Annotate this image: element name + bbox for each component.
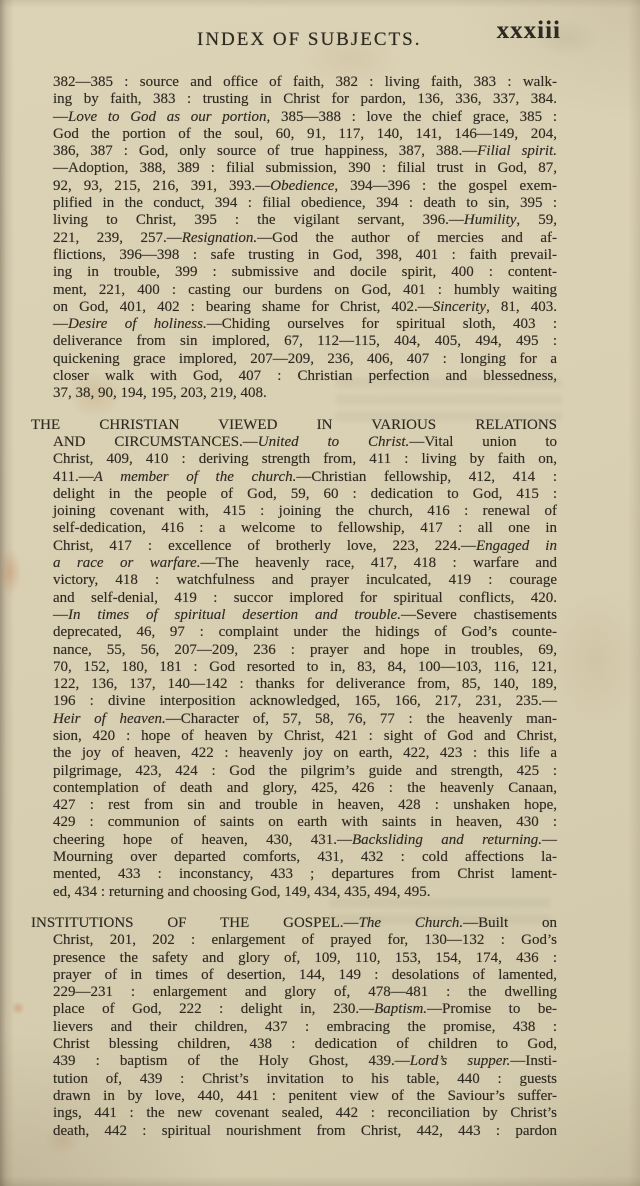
text-line: flictions, 396—398 : safe trusting in Go… <box>53 247 557 264</box>
text-line: sion, 420 : hope of heaven by Christ, 42… <box>53 728 557 745</box>
text-line: 37, 38, 90, 194, 195, 203, 219, 408. <box>53 385 557 402</box>
italic-subject-heading: Love to God as our portion <box>68 109 267 125</box>
italic-subject-heading: Baptism. <box>374 1001 427 1017</box>
text-line: plified in the conduct, 394 : filial obe… <box>53 195 557 212</box>
text-line: presence the safety and glory of, 109, 1… <box>53 950 557 967</box>
italic-subject-heading: Lord’s supper. <box>410 1053 511 1069</box>
text-line: 229—231 : enlargement and glory of, 478—… <box>53 984 557 1001</box>
italic-subject-heading: Sincerity <box>433 299 486 315</box>
text-line: —Love to God as our portion, 385—388 : l… <box>53 109 557 126</box>
text-line: the joy of heaven, 422 : heavenly joy on… <box>53 745 557 762</box>
text-line: ed, 434 : returning and choosing God, 14… <box>53 884 557 901</box>
text-line: 221, 239, 257.—Resignation.—God the auth… <box>53 230 557 247</box>
text-line: place of God, 222 : delight in, 230.—Bap… <box>53 1001 557 1018</box>
text-block: 382—385 : source and office of faith, 38… <box>53 74 557 1140</box>
text-line: God the portion of the soul, 60, 91, 117… <box>53 126 557 143</box>
text-line: nance, 55, 56, 207—209, 236 : prayer and… <box>53 642 557 659</box>
page-title: INDEX OF SUBJECTS. <box>197 29 421 51</box>
text-line: ing by faith, 383 : trusting in Christ f… <box>53 91 557 108</box>
text-line: 429 : communion of saints on earth with … <box>53 814 557 831</box>
text-line: INSTITUTIONS OF THE GOSPEL.—The Church.—… <box>31 915 557 932</box>
italic-subject-heading: United to Christ. <box>258 434 410 450</box>
text-line: Christ, 409, 410 : deriving strength fro… <box>53 451 557 468</box>
text-line: mented, 433 : inconstancy, 433 ; departu… <box>53 866 557 883</box>
italic-subject-heading: In times of spiritual desertion and trou… <box>68 607 401 623</box>
text-line: —Adoption, 388, 389 : filial submission,… <box>53 160 557 177</box>
italic-subject-heading: A member of the church. <box>94 469 297 485</box>
text-line: —In times of spiritual desertion and tro… <box>53 607 557 624</box>
text-line: Mourning over departed comforts, 431, 43… <box>53 849 557 866</box>
text-line: —Desire of holiness.—Chiding ourselves f… <box>53 316 557 333</box>
text-line: contemplation of death and glory, 425, 4… <box>53 780 557 797</box>
text-line: death, 442 : spiritual nourishment from … <box>53 1123 557 1140</box>
text-line: quickening grace implored, 207—209, 236,… <box>53 351 557 368</box>
italic-subject-heading: Engaged in <box>476 538 557 554</box>
italic-subject-heading: Backsliding and returning. <box>352 832 542 848</box>
paragraph: 382—385 : source and office of faith, 38… <box>53 74 557 403</box>
page-number: xxxiii <box>497 17 561 45</box>
text-line: victory, 418 : watchfulness and prayer i… <box>53 572 557 589</box>
text-line: 92, 93, 215, 216, 391, 393.—Obedience, 3… <box>53 178 557 195</box>
text-line: ings, 441 : the new covenant sealed, 442… <box>53 1105 557 1122</box>
text-line: THE CHRISTIAN VIEWED IN VARIOUS RELATION… <box>31 417 557 434</box>
text-line: on God, 401, 402 : bearing shame for Chr… <box>53 299 557 316</box>
text-line: 386, 387 : God, only source of true happ… <box>53 143 557 160</box>
text-line: Christ blessing children, 438 : dedicati… <box>53 1036 557 1053</box>
italic-subject-heading: Filial spirit. <box>477 143 557 159</box>
text-line: 196 : divine interposition acknowledged,… <box>53 693 557 710</box>
text-line: Christ, 201, 202 : enlargement of prayed… <box>53 932 557 949</box>
page-header: INDEX OF SUBJECTS. xxxiii <box>0 0 640 74</box>
italic-subject-heading: Humility <box>464 212 517 228</box>
text-line: ment, 221, 400 : casting our burdens on … <box>53 282 557 299</box>
text-line: 427 : rest from sin and trouble in heave… <box>53 797 557 814</box>
paragraph: INSTITUTIONS OF THE GOSPEL.—The Church.—… <box>53 915 557 1140</box>
italic-subject-heading: Heir of heaven. <box>53 711 166 727</box>
text-line: Christ, 417 : excellence of brotherly lo… <box>53 538 557 555</box>
text-line: closer walk with God, 407 : Christian pe… <box>53 368 557 385</box>
text-line: tution of, 439 : Christ’s invitation to … <box>53 1071 557 1088</box>
text-line: pilgrimage, 423, 424 : God the pilgrim’s… <box>53 763 557 780</box>
text-line: Heir of heaven.—Character of, 57, 58, 76… <box>53 711 557 728</box>
italic-subject-heading: Desire of holiness. <box>68 316 207 332</box>
text-line: 439 : baptism of the Holy Ghost, 439.—Lo… <box>53 1053 557 1070</box>
text-line: joining covenant with, 415 : joining the… <box>53 503 557 520</box>
italic-subject-heading: Resignation. <box>182 230 257 246</box>
italic-subject-heading: a race or warfare. <box>53 555 200 571</box>
italic-subject-heading: Obedience <box>270 178 334 194</box>
italic-subject-heading: The Church. <box>359 915 464 931</box>
text-line: a race or warfare.—The heavenly race, 41… <box>53 555 557 572</box>
text-line: ing in trouble, 399 : submissive and doc… <box>53 264 557 281</box>
text-line: 70, 152, 180, 181 : God resorted to in, … <box>53 659 557 676</box>
text-line: cheering hope of heaven, 430, 431.—Backs… <box>53 832 557 849</box>
text-line: delight in the people of God, 59, 60 : d… <box>53 486 557 503</box>
text-line: self-dedication, 416 : a welcome to fell… <box>53 520 557 537</box>
text-line: prayer of in times of desertion, 144, 14… <box>53 967 557 984</box>
text-line: AND CIRCUMSTANCES.—United to Christ.—Vit… <box>53 434 557 451</box>
text-line: deprecated, 46, 97 : complaint under the… <box>53 624 557 641</box>
text-line: 382—385 : source and office of faith, 38… <box>53 74 557 91</box>
text-line: 411.—A member of the church.—Christian f… <box>53 469 557 486</box>
text-line: deliverance from sin implored, 67, 112—1… <box>53 333 557 350</box>
text-line: drawn in by love, 440, 441 : penitent vi… <box>53 1088 557 1105</box>
book-page-scan: INDEX OF SUBJECTS. xxxiii 382—385 : sour… <box>0 0 640 1186</box>
text-line: 122, 136, 137, 140—142 : thanks for deli… <box>53 676 557 693</box>
paragraph: THE CHRISTIAN VIEWED IN VARIOUS RELATION… <box>53 417 557 901</box>
text-line: and self-denial, 419 : succor implored f… <box>53 590 557 607</box>
text-line: living to Christ, 395 : the vigilant ser… <box>53 212 557 229</box>
text-line: lievers and their children, 437 : embrac… <box>53 1019 557 1036</box>
